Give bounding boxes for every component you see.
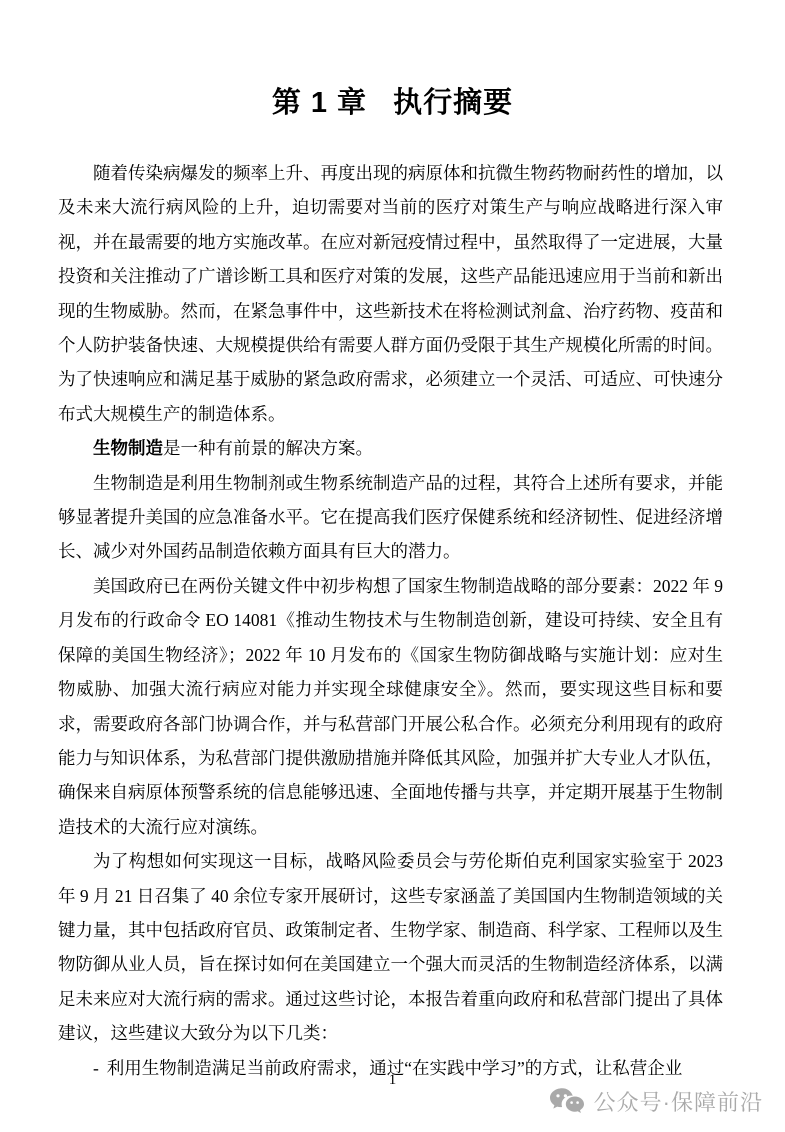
paragraph-3: 生物制造是利用生物制剂或生物系统制造产品的过程，其符合上述所有要求，并能够显著提…: [58, 466, 723, 569]
paragraph-1: 随着传染病爆发的频率上升、再度出现的病原体和抗微生物药物耐药性的增加，以及未来大…: [58, 156, 723, 431]
chapter-title: 第 1 章执行摘要: [0, 80, 785, 121]
paragraph-2: 生物制造是一种有前景的解决方案。: [58, 431, 723, 465]
watermark-text: 公众号·保障前沿: [594, 1086, 763, 1117]
watermark: 公众号·保障前沿: [549, 1086, 763, 1117]
paragraph-5: 为了构想如何实现这一目标，战略风险委员会与劳伦斯伯克利国家实验室于 2023 年…: [58, 844, 723, 1050]
chapter-title-name: 执行摘要: [393, 87, 513, 119]
bold-term-biomanufacturing: 生物制造: [93, 438, 163, 458]
wechat-icon: [549, 1087, 585, 1117]
document-page: 第 1 章执行摘要 随着传染病爆发的频率上升、再度出现的病原体和抗微生物药物耐药…: [0, 0, 785, 1132]
paragraph-2-text: 是一种有前景的解决方案。: [163, 438, 373, 458]
body-text: 随着传染病爆发的频率上升、再度出现的病原体和抗微生物药物耐药性的增加，以及未来大…: [58, 156, 723, 1085]
paragraph-4: 美国政府已在两份关键文件中初步构想了国家生物制造战略的部分要素：2022 年 9…: [58, 569, 723, 844]
chapter-title-label: 第 1 章: [272, 87, 367, 119]
